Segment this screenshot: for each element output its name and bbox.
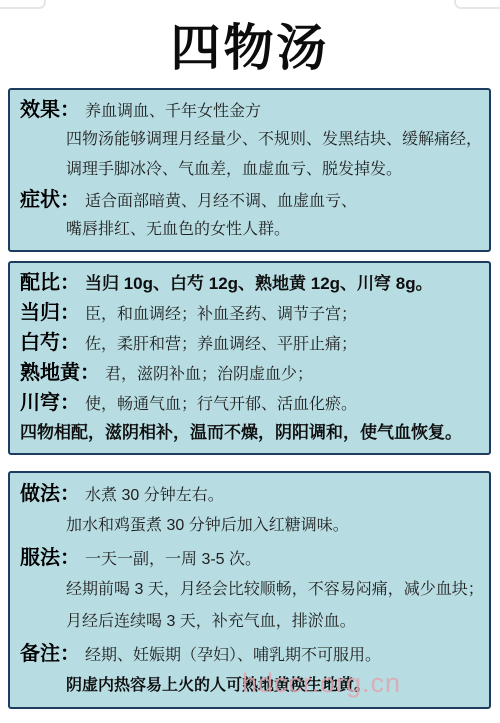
row-text: 加水和鸡蛋煮 30 分钟后加入红糖调味。 xyxy=(66,517,349,534)
row-label: 做法： xyxy=(20,483,80,505)
row-text: 经期前喝 3 天，月经会比较顺畅，不容易闷痛，减少血块； xyxy=(66,581,484,598)
text-row-formula: 川穹：使，畅通气血；行气开郁、活血化瘀。 xyxy=(20,388,479,418)
text-row-effects: 调理手脚冰冷、气血差，血虚血亏、脱发掉发。 xyxy=(20,155,479,185)
row-text: 适合面部暗黄、月经不调、血虚血亏、 xyxy=(85,193,357,210)
row-text: 当归 10g、白芍 12g、熟地黄 12g、川穹 8g。 xyxy=(85,274,433,293)
row-text: 经期、妊娠期（孕妇）、哺乳期不可服用。 xyxy=(85,647,381,664)
text-row-usage: 月经后连续喝 3 天，补充气血，排淤血。 xyxy=(20,606,479,638)
page-title: 四物汤 xyxy=(0,0,500,88)
section-effects: 效果：养血调血、千年女性金方四物汤能够调理月经量少、不规则、发黑结块、缓解痛经，… xyxy=(8,88,491,252)
row-text: 臣，和血调经；补血圣药、调节子宫； xyxy=(85,306,357,323)
row-text: 一天一副，一周 3-5 次。 xyxy=(85,551,261,568)
text-row-effects: 嘴唇排红、无血色的女性人群。 xyxy=(20,215,479,245)
row-label: 备注： xyxy=(20,643,80,665)
text-row-formula: 白芍：佐，柔肝和营；养血调经、平肝止痛； xyxy=(20,328,479,358)
row-text: 四物相配，滋阴相补，温而不燥，阴阳调和，使气血恢复。 xyxy=(20,423,462,442)
text-row-usage: 做法：水煮 30 分钟左右。 xyxy=(20,478,479,510)
rounded-corner-artifact-right xyxy=(454,0,500,9)
section-formula: 配比：当归 10g、白芍 12g、熟地黄 12g、川穹 8g。当归：臣，和血调经… xyxy=(8,261,491,455)
row-label: 白芍： xyxy=(20,332,80,354)
row-label: 配比： xyxy=(20,272,80,294)
row-text: 月经后连续喝 3 天，补充气血，排淤血。 xyxy=(66,613,356,630)
row-label: 症状： xyxy=(20,189,80,211)
row-text: 使，畅通气血；行气开郁、活血化瘀。 xyxy=(85,396,357,413)
rounded-corner-artifact-left xyxy=(0,0,46,9)
text-row-effects: 四物汤能够调理月经量少、不规则、发黑结块、缓解痛经， xyxy=(20,125,479,155)
row-text: 调理手脚冰冷、气血差，血虚血亏、脱发掉发。 xyxy=(66,161,402,178)
row-label: 当归： xyxy=(20,302,80,324)
row-text: 佐，柔肝和营；养血调经、平肝止痛； xyxy=(85,336,357,353)
text-row-formula: 当归：臣，和血调经；补血圣药、调节子宫； xyxy=(20,298,479,328)
text-row-formula: 熟地黄：君，滋阴补血；治阴虚血少； xyxy=(20,358,479,388)
row-label: 熟地黄： xyxy=(20,362,100,384)
row-text: 嘴唇排红、无血色的女性人群。 xyxy=(66,221,290,238)
row-label: 服法： xyxy=(20,547,80,569)
row-text: 养血调血、千年女性金方 xyxy=(85,103,261,120)
row-text: 四物汤能够调理月经量少、不规则、发黑结块、缓解痛经， xyxy=(66,131,482,148)
text-row-usage: 备注：经期、妊娠期（孕妇）、哺乳期不可服用。 xyxy=(20,638,479,670)
text-row-usage: 加水和鸡蛋煮 30 分钟后加入红糖调味。 xyxy=(20,510,479,542)
text-row-usage: 经期前喝 3 天，月经会比较顺畅，不容易闷痛，减少血块； xyxy=(20,574,479,606)
section-usage: 做法：水煮 30 分钟左右。加水和鸡蛋煮 30 分钟后加入红糖调味。服法：一天一… xyxy=(8,471,491,709)
row-label: 效果： xyxy=(20,99,80,121)
text-row-effects: 效果：养血调血、千年女性金方 xyxy=(20,95,479,125)
row-text: 阴虚内热容易上火的人可熟地黄换生地黄。 xyxy=(66,677,370,694)
row-label: 川穹： xyxy=(20,392,80,414)
text-row-usage: 服法：一天一副，一周 3-5 次。 xyxy=(20,542,479,574)
text-row-usage: 阴虚内热容易上火的人可熟地黄换生地黄。 xyxy=(20,670,479,702)
row-text: 君，滋阴补血；治阴虚血少； xyxy=(105,366,313,383)
row-text: 水煮 30 分钟左右。 xyxy=(85,487,224,504)
text-row-formula: 配比：当归 10g、白芍 12g、熟地黄 12g、川穹 8g。 xyxy=(20,268,479,298)
text-row-effects: 症状：适合面部暗黄、月经不调、血虚血亏、 xyxy=(20,185,479,215)
text-row-formula: 四物相配，滋阴相补，温而不燥，阴阳调和，使气血恢复。 xyxy=(20,418,479,448)
